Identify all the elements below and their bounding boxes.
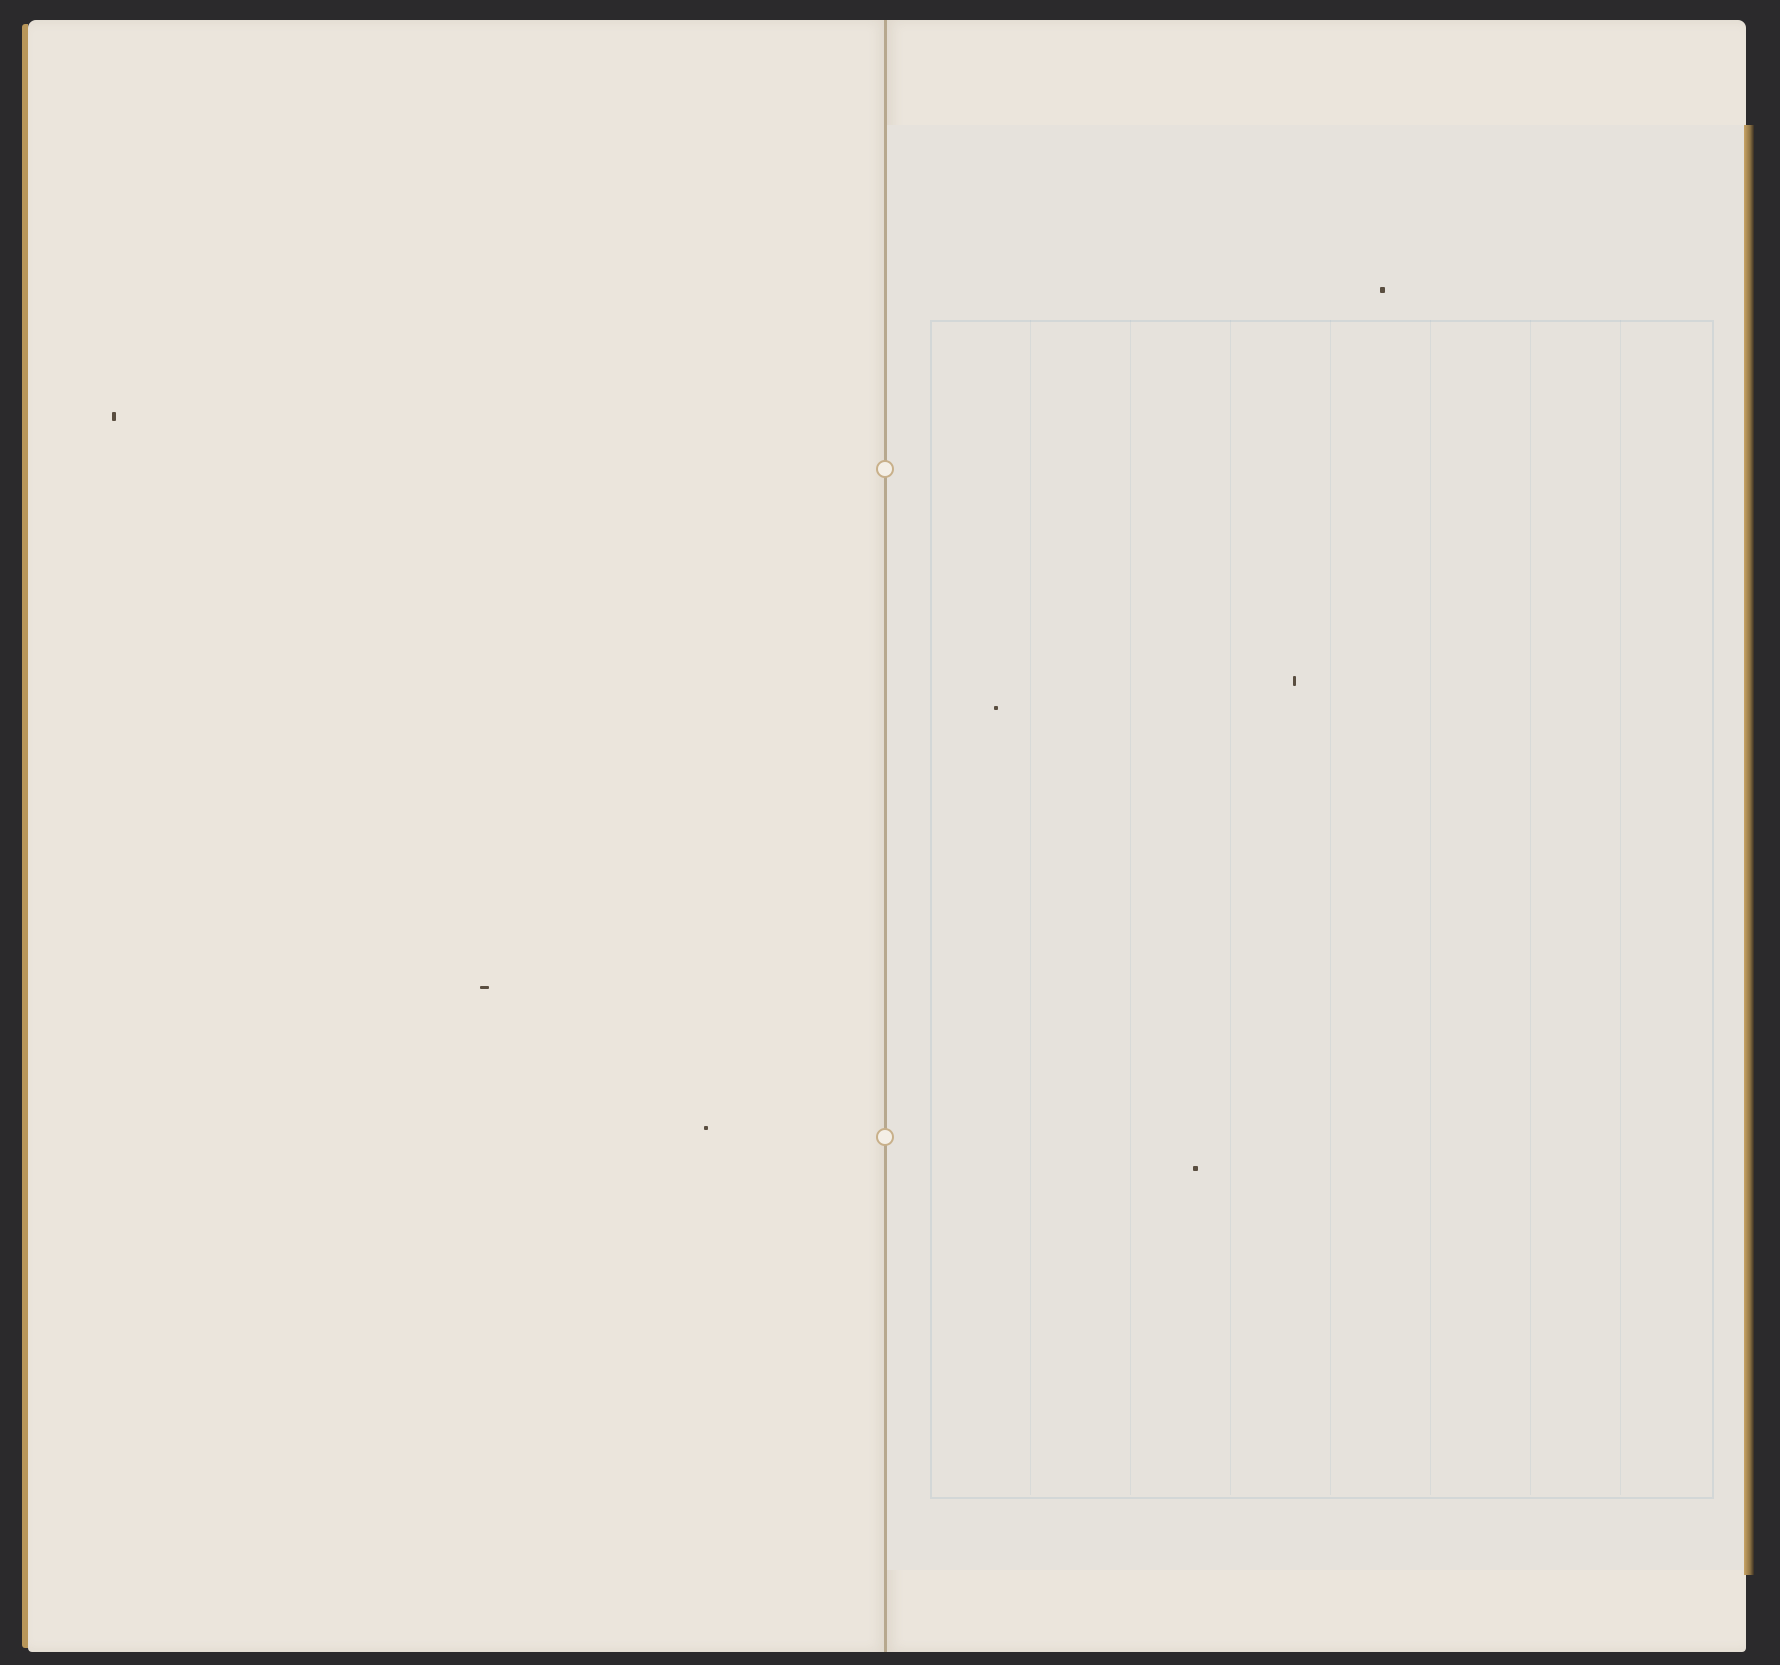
- ruled-column-line: [1530, 320, 1531, 1495]
- spine-crease: [884, 20, 887, 1652]
- paper-speck: [112, 412, 116, 421]
- paper-speck: [1380, 287, 1385, 293]
- paper-speck: [480, 986, 489, 989]
- stitch-hole-icon: [876, 1128, 894, 1146]
- ruled-column-line: [1030, 320, 1031, 1495]
- ruled-column-line: [1230, 320, 1231, 1495]
- ruled-column-line: [1330, 320, 1331, 1495]
- ruled-column-line: [1620, 320, 1621, 1495]
- stitch-hole-icon: [876, 460, 894, 478]
- paper-speck: [994, 706, 998, 710]
- paper-speck: [1193, 1166, 1198, 1171]
- paper-speck: [1293, 676, 1296, 686]
- paper-speck: [704, 1126, 708, 1130]
- ruled-frame: [930, 320, 1714, 1499]
- left-page: [28, 20, 886, 1652]
- ruled-column-line: [1130, 320, 1131, 1495]
- ruled-column-line: [1430, 320, 1431, 1495]
- gilt-page-edge: [1744, 125, 1754, 1575]
